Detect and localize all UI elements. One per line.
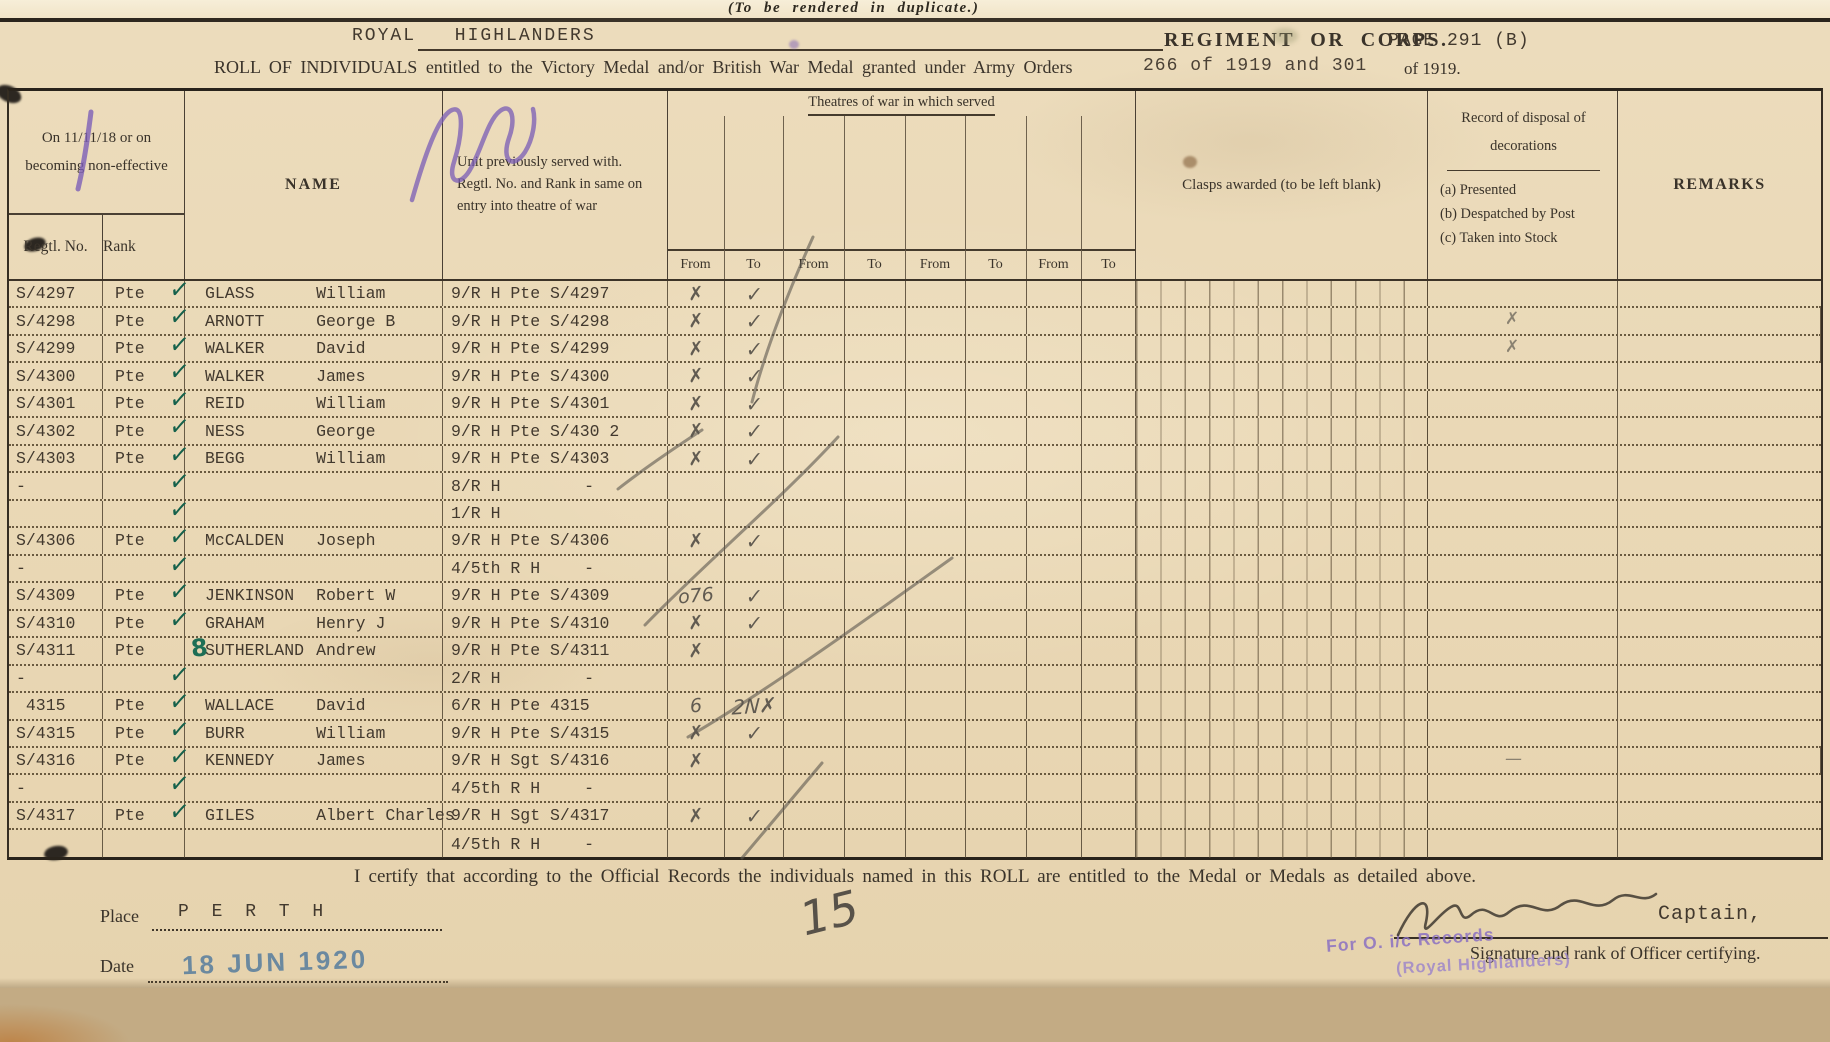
cell-remarks [1618,830,1821,857]
cell-theatre3-to [966,803,1027,828]
cell-regtl-no: S/4310 [9,611,103,636]
cell-theatre3-from [906,748,966,773]
cell-theatre2-to [845,830,906,857]
cell-theatre4-to [1082,473,1136,498]
cell-clasps [1136,693,1428,718]
cell-unit: 9/R H Pte S/4301 [443,391,668,416]
cell-theatre1-to [725,473,784,498]
pencil-mark: ✗ [687,364,705,387]
cell-theatre3-to [966,363,1027,388]
cell-theatre1-to: ✓ [725,336,784,361]
cell-disposal [1428,775,1618,800]
place-value: P E R T H [178,902,329,922]
cell-theatre3-to [966,336,1027,361]
cell-disposal [1428,336,1618,361]
cell-theatre1-from [668,473,725,498]
pencil-mark: ✓ [745,528,763,553]
cell-theatre1-from: ✗ [668,528,725,553]
table-row: - ✓ 2/R H- [9,666,1821,693]
cell-theatre2-to [845,556,906,581]
disposal-divider [1447,170,1601,171]
cell-regtl-no: S/4311 [9,638,103,663]
army-orders-value: 266 of 1919 and 301 [1143,56,1367,76]
cell-theatre2-from [784,308,845,333]
pencil-mark-right: ✗ [1505,309,1519,329]
pencil-mark: ✗ [687,419,705,442]
green-tick-icon: ✓ [168,576,191,609]
cell-clasps [1136,418,1428,443]
cell-remarks [1618,473,1821,498]
cell-theatre2-to [845,308,906,333]
header-from: From [668,249,725,279]
green-tick-icon: ✓ [168,686,191,719]
header-remarks: REMARKS [1618,91,1821,279]
cell-theatre2-to [845,418,906,443]
cell-disposal [1428,556,1618,581]
cell-theatre3-to [966,391,1027,416]
medal-roll-document: (To be rendered in duplicate.) ROYAL HIG… [0,0,1830,1042]
cell-disposal [1428,446,1618,471]
cell-theatre3-to [966,721,1027,746]
cell-theatre3-from [906,528,966,553]
cell-theatre4-from [1027,803,1082,828]
cell-remarks [1618,583,1821,608]
header-disposal-title: Record of disposal of decorations [1440,105,1607,160]
cell-name: ✓ KENNEDYJames [185,748,443,773]
table-row: S/4316 Pte ✓ KENNEDYJames 9/R H Sgt S/43… [9,748,1821,775]
cell-theatre4-from [1027,528,1082,553]
table-row: 4315 Pte ✓ WALLACEDavid 6/R H Pte 4315 6… [9,693,1821,720]
cell-theatre4-to [1082,501,1136,526]
pencil-mark-right: ✗ [1505,337,1519,357]
theatre-col [966,116,1027,249]
cell-theatre2-from [784,418,845,443]
cell-theatre2-from [784,803,845,828]
cell-theatre1-to: ✓ [725,611,784,636]
pencil-mark: ✗ [687,749,705,772]
cell-theatre3-to [966,281,1027,306]
cell-unit: 9/R H Sgt S/4317 [443,803,668,828]
cell-disposal [1428,473,1618,498]
table-row: 4/5th R H- [9,830,1821,857]
cell-theatre1-to: ✓ [725,308,784,333]
cell-unit: 9/R H Pte S/4299 [443,336,668,361]
cell-theatre2-to [845,666,906,691]
table-row: - ✓ 8/R H- [9,473,1821,500]
cell-theatre4-to [1082,281,1136,306]
header-to: To [1082,249,1136,279]
cell-name: ✓ REIDWilliam [185,391,443,416]
cell-theatre1-from: ✗ [668,446,725,471]
cell-theatre2-from [784,775,845,800]
cell-disposal [1428,611,1618,636]
cell-theatre1-from: ✗ [668,418,725,443]
cell-theatre3-to [966,308,1027,333]
cell-regtl-no: - [9,666,103,691]
cell-theatre4-to [1082,528,1136,553]
cell-remarks [1618,336,1821,361]
cell-theatre1-from: ✗ [668,391,725,416]
cell-theatre3-from [906,583,966,608]
green-tick-icon: ✓ [168,521,191,554]
green-tick-icon: ✓ [168,796,191,829]
cell-theatre3-from [906,336,966,361]
cell-theatre1-from: ✗ [668,721,725,746]
pencil-mark: ✓ [745,583,763,608]
table-row: - ✓ 4/5th R H- [9,556,1821,583]
cell-theatre1-to [725,775,784,800]
cell-disposal [1428,391,1618,416]
certification-text: I certify that according to the Official… [0,866,1830,888]
duplicate-note: (To be rendered in duplicate.) [728,0,979,17]
cell-theatre3-from [906,363,966,388]
cell-theatre1-to: ✓ [725,583,784,608]
cell-theatre3-to [966,556,1027,581]
cell-theatre2-from [784,501,845,526]
cell-clasps [1136,556,1428,581]
cell-theatre4-to [1082,418,1136,443]
cell-theatre1-from [668,830,725,857]
cell-theatre3-from [906,830,966,857]
cell-disposal [1428,583,1618,608]
theatre-col [668,116,725,249]
table-row: S/4302 Pte ✓ NESSGeorge 9/R H Pte S/430 … [9,418,1821,445]
cell-theatre2-to [845,391,906,416]
cell-theatre4-to [1082,693,1136,718]
cell-theatre1-from [668,666,725,691]
table-row: S/4310 Pte ✓ GRAHAMHenry J 9/R H Pte S/4… [9,611,1821,638]
cell-theatre2-to [845,501,906,526]
theatre-col [1027,116,1082,249]
cell-name: ✓ ARNOTTGeorge B [185,308,443,333]
cell-regtl-no: S/4301 [9,391,103,416]
cell-clasps [1136,638,1428,663]
header-disposal-c: (c) Taken into Stock [1440,227,1607,251]
cell-theatre3-from [906,391,966,416]
cell-theatre2-from [784,446,845,471]
officer-rank: Captain, [1658,903,1762,926]
cell-theatre3-from [906,281,966,306]
cell-theatre4-from [1027,638,1082,663]
pencil-mark: ✓ [745,418,763,443]
cell-theatre4-to [1082,583,1136,608]
cell-disposal [1428,666,1618,691]
cell-remarks [1618,693,1821,718]
table-row: S/4303 Pte ✓ BEGGWilliam 9/R H Pte S/430… [9,446,1821,473]
header-theatres-title: Theatres of war in which served [808,91,994,116]
cell-theatre4-from [1027,666,1082,691]
cell-theatre1-from: ✗ [668,803,725,828]
cell-theatre2-to [845,611,906,636]
cell-remarks [1618,748,1821,773]
cell-name: ✓ BEGGWilliam [185,446,443,471]
cell-unit: 9/R H Pte S/4315 [443,721,668,746]
cell-theatre3-from [906,611,966,636]
theatre-col [906,116,966,249]
cell-clasps [1136,666,1428,691]
cell-name: ✓ BURRWilliam [185,721,443,746]
cell-theatre2-from [784,830,845,857]
cell-theatre4-from [1027,721,1082,746]
cell-name: ✓ [185,501,443,526]
cell-theatre2-from [784,611,845,636]
pencil-mark: ✓ [745,336,763,361]
cell-theatre1-from [668,556,725,581]
pencil-mark: ✓ [745,611,763,636]
header-disposal-a: (a) Presented [1440,179,1607,203]
theatre-col [1082,116,1136,249]
cell-theatre4-from [1027,336,1082,361]
regiment-name-typed: ROYAL HIGHLANDERS [352,26,596,46]
cell-clasps [1136,501,1428,526]
cell-unit: 8/R H- [443,473,668,498]
table-row: S/4301 Pte ✓ REIDWilliam 9/R H Pte S/430… [9,391,1821,418]
cell-unit: 9/R H Pte S/4303 [443,446,668,471]
cell-regtl-no: S/4299 [9,336,103,361]
green-tick-icon: ✓ [168,466,191,499]
cell-theatre4-from [1027,775,1082,800]
cell-clasps [1136,363,1428,388]
cell-theatre4-from [1027,830,1082,857]
header-name: NAME [185,91,443,279]
cell-name: SUTHERLANDAndrew [185,638,443,663]
cell-theatre3-to [966,473,1027,498]
cell-theatre1-from: 6 [668,693,725,718]
cell-unit: 9/R H Pte S/430 2 [443,418,668,443]
table-row: S/4300 Pte ✓ WALKERJames 9/R H Pte S/430… [9,363,1821,390]
cell-theatre4-to [1082,556,1136,581]
header-rank: Rank [103,215,136,279]
cell-clasps [1136,336,1428,361]
cell-remarks [1618,803,1821,828]
cell-theatre3-to [966,611,1027,636]
header-to: To [845,249,906,279]
cell-clasps [1136,803,1428,828]
cell-name: ✓ WALLACEDavid [185,693,443,718]
cell-theatre3-from [906,418,966,443]
cell-theatre1-to: ✓ [725,281,784,306]
cell-theatre3-from [906,638,966,663]
cell-regtl-no: S/4297 [9,281,103,306]
cell-theatre2-to [845,446,906,471]
cell-name: ✓ NESSGeorge [185,418,443,443]
header-regtl-no: Regtl. No. [9,215,103,279]
table-row: - ✓ 4/5th R H- [9,775,1821,802]
cell-theatre3-from [906,473,966,498]
roll-title: ROLL OF INDIVIDUALS entitled to the Vict… [214,57,1072,78]
pencil-mark: ✓ [745,281,763,306]
cell-theatre3-from [906,556,966,581]
pencil-mark-right: — [1505,749,1522,769]
cell-theatre1-from: ✗ [668,748,725,773]
cell-theatre3-from [906,803,966,828]
cell-unit: 9/R H Sgt S/4316 [443,748,668,773]
cell-regtl-no: S/4315 [9,721,103,746]
cell-unit: 2/R H- [443,666,668,691]
cell-disposal [1428,638,1618,663]
cell-theatre2-to [845,748,906,773]
cell-theatre2-to [845,528,906,553]
cell-theatre4-from [1027,363,1082,388]
cell-theatre4-to [1082,308,1136,333]
cell-clasps [1136,721,1428,746]
cell-disposal [1428,418,1618,443]
cell-disposal [1428,281,1618,306]
cell-rank [103,830,185,857]
cell-theatre1-to: ✓ [725,721,784,746]
cell-theatre4-from [1027,418,1082,443]
cell-theatre3-from [906,666,966,691]
roll-table-header: On 11/11/18 or on becoming non-effective… [9,91,1821,281]
pencil-mark: ✗ [687,337,705,360]
pencil-mark: ✗ [687,282,705,305]
cell-theatre3-to [966,638,1027,663]
cell-theatre1-from: o76 [668,583,725,608]
cell-theatre4-to [1082,721,1136,746]
pencil-mark: 2N✗ [731,692,777,719]
cell-theatre3-to [966,830,1027,857]
cell-theatre2-to [845,693,906,718]
cell-remarks [1618,666,1821,691]
cell-theatre3-from [906,446,966,471]
cell-regtl-no [9,501,103,526]
header-theatres: Theatres of war in which served From To … [668,91,1136,279]
cell-unit: 4/5th R H- [443,830,668,857]
table-row: S/4297 Pte ✓ GLASSWilliam 9/R H Pte S/42… [9,281,1821,308]
table-row: S/4298 Pte ✓ ARNOTTGeorge B 9/R H Pte S/… [9,308,1821,335]
cell-name: ✓ [185,666,443,691]
cell-disposal [1428,721,1618,746]
cell-theatre2-to [845,473,906,498]
cell-clasps [1136,473,1428,498]
cell-name: ✓ [185,473,443,498]
cell-theatre2-from [784,473,845,498]
cell-remarks [1618,528,1821,553]
cell-disposal [1428,803,1618,828]
cell-clasps [1136,528,1428,553]
cell-unit: 6/R H Pte 4315 [443,693,668,718]
cell-theatre4-from [1027,556,1082,581]
cell-theatre1-from [668,501,725,526]
header-from: From [1027,249,1082,279]
pencil-mark: ✓ [745,803,763,828]
header-non-effective: On 11/11/18 or on becoming non-effective… [9,91,185,279]
cell-theatre4-from [1027,501,1082,526]
cell-theatre2-from [784,528,845,553]
cell-remarks [1618,611,1821,636]
table-row: S/4315 Pte ✓ BURRWilliam 9/R H Pte S/431… [9,721,1821,748]
cell-unit: 9/R H Pte S/4311 [443,638,668,663]
cell-regtl-no: S/4309 [9,583,103,608]
cell-remarks [1618,775,1821,800]
cell-theatre4-to [1082,803,1136,828]
cell-theatre2-to [845,721,906,746]
cell-theatre4-to [1082,830,1136,857]
cell-theatre1-to [725,501,784,526]
cell-theatre1-to [725,830,784,857]
cell-theatre3-from [906,775,966,800]
table-row: S/4317 Pte ✓ GILESAlbert Charles 9/R H S… [9,803,1821,830]
cell-theatre1-to: 2N✗ [725,693,784,718]
cell-theatre1-to: ✓ [725,391,784,416]
cell-disposal [1428,501,1618,526]
cell-theatre2-from [784,721,845,746]
cell-regtl-no: S/4300 [9,363,103,388]
regiment-underline [418,49,1163,51]
pencil-mark: ✗ [687,392,705,415]
cell-theatre4-to [1082,446,1136,471]
cell-regtl-no [9,830,103,857]
table-row: S/4306 Pte ✓ McCALDENJoseph 9/R H Pte S/… [9,528,1821,555]
green-tick-icon: ✓ [168,604,191,637]
roll-title-suffix: of 1919. [1404,59,1461,79]
cell-theatre1-from: ✗ [668,281,725,306]
cell-unit: 1/R H [443,501,668,526]
cell-theatre2-to [845,336,906,361]
cell-theatre2-to [845,583,906,608]
cell-disposal [1428,528,1618,553]
green-eight-mark: 8 [190,633,210,663]
pencil-mark: ✓ [745,721,763,746]
pencil-mark: ✗ [687,804,705,827]
cell-unit: 9/R H Pte S/4310 [443,611,668,636]
cell-theatre1-from: ✗ [668,638,725,663]
cell-remarks [1618,638,1821,663]
book-corner [0,1004,150,1042]
place-label: Place [100,906,139,927]
date-stamp: 18 JUN 1920 [182,944,369,981]
cell-regtl-no: S/4306 [9,528,103,553]
cell-theatre2-from [784,391,845,416]
cell-unit: 9/R H Pte S/4306 [443,528,668,553]
cell-theatre4-to [1082,391,1136,416]
cell-theatre4-to [1082,611,1136,636]
cell-theatre4-to [1082,775,1136,800]
cell-theatre3-from [906,501,966,526]
cell-theatre1-to: ✓ [725,418,784,443]
cell-theatre2-from [784,666,845,691]
cell-remarks [1618,418,1821,443]
cell-theatre1-from: ✗ [668,336,725,361]
cell-theatre3-from [906,721,966,746]
cell-unit: 4/5th R H- [443,556,668,581]
pencil-mark: ✗ [687,310,705,333]
cell-theatre4-to [1082,336,1136,361]
pencil-mark: ✓ [745,309,763,334]
cell-theatre3-to [966,501,1027,526]
header-from: From [784,249,845,279]
cell-regtl-no: 4315 [9,693,103,718]
cell-remarks [1618,721,1821,746]
cell-remarks [1618,556,1821,581]
cell-theatre4-from [1027,583,1082,608]
cell-clasps [1136,308,1428,333]
cell-clasps [1136,281,1428,306]
cell-disposal [1428,363,1618,388]
cell-theatre3-to [966,583,1027,608]
cell-regtl-no: - [9,556,103,581]
cell-name: ✓ McCALDENJoseph [185,528,443,553]
cell-theatre1-to: ✓ [725,528,784,553]
cell-name: ✓ GLASSWilliam [185,281,443,306]
cell-theatre4-from [1027,308,1082,333]
cell-unit: 9/R H Pte S/4309 [443,583,668,608]
cell-theatre2-from [784,638,845,663]
cell-theatre3-to [966,418,1027,443]
cell-theatre4-from [1027,693,1082,718]
cell-theatre1-from: ✗ [668,611,725,636]
cell-theatre4-to [1082,638,1136,663]
